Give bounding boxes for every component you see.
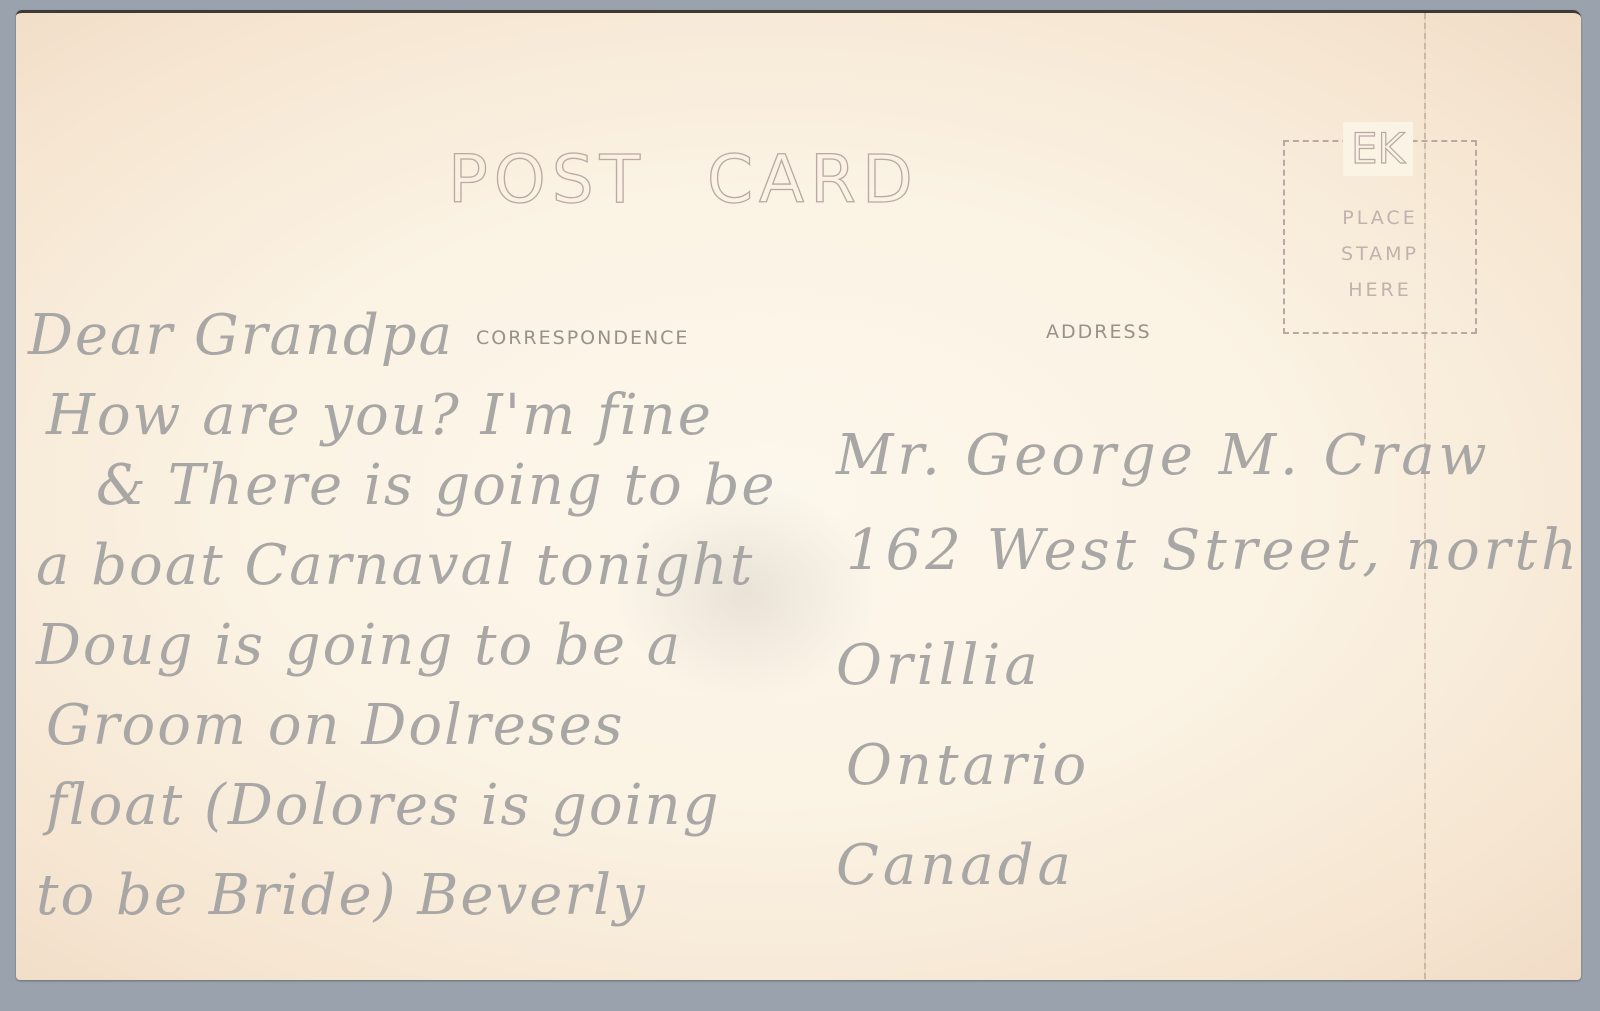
address-label: ADDRESS: [1046, 321, 1152, 343]
stamp-text-line: STAMP: [1285, 236, 1475, 272]
message-line: & There is going to be: [96, 453, 777, 518]
message-line: float (Dolores is going: [46, 773, 720, 838]
stamp-box: EK PLACE STAMP HERE: [1283, 140, 1477, 334]
message-line: Groom on Dolreses: [46, 693, 624, 758]
stamp-text-line: PLACE: [1285, 200, 1475, 236]
message-line: Doug is going to be a: [36, 613, 682, 678]
address-line-city: Orillia: [836, 633, 1042, 698]
message-line: Dear Grandpa: [28, 303, 454, 368]
ekc-logo-icon: EK: [1343, 122, 1413, 176]
message-line: to be Bride) Beverly: [36, 863, 647, 928]
message-line: a boat Carnaval tonight: [36, 533, 754, 598]
postcard-title: POST CARD: [448, 141, 919, 218]
correspondence-label: CORRESPONDENCE: [476, 327, 689, 349]
address-line-street: 162 West Street, north: [846, 518, 1581, 583]
message-line: How are you? I'm fine: [46, 383, 713, 448]
stamp-text-line: HERE: [1285, 272, 1475, 308]
address-line-country: Canada: [836, 833, 1075, 898]
address-line-name: Mr. George M. Craw: [836, 423, 1491, 488]
address-line-province: Ontario: [846, 733, 1090, 798]
postcard-back: POST CARD CORRESPONDENCE ADDRESS EK PLAC…: [16, 10, 1581, 980]
